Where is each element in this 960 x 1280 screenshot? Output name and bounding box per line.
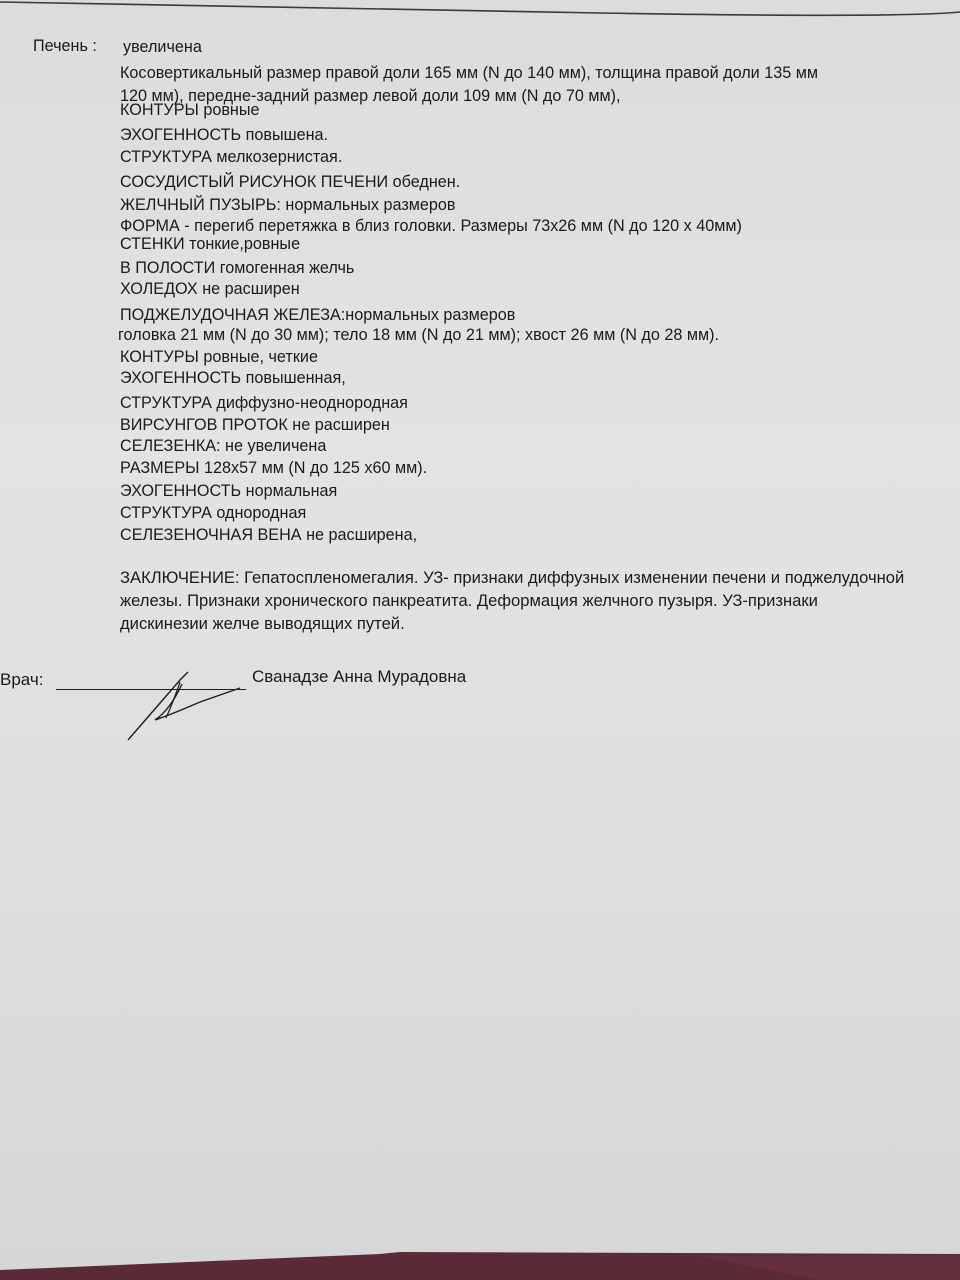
document-paper: Печень : увеличенаКосовертикальный разме… (0, 0, 960, 1280)
background-fabric (0, 0, 960, 1280)
